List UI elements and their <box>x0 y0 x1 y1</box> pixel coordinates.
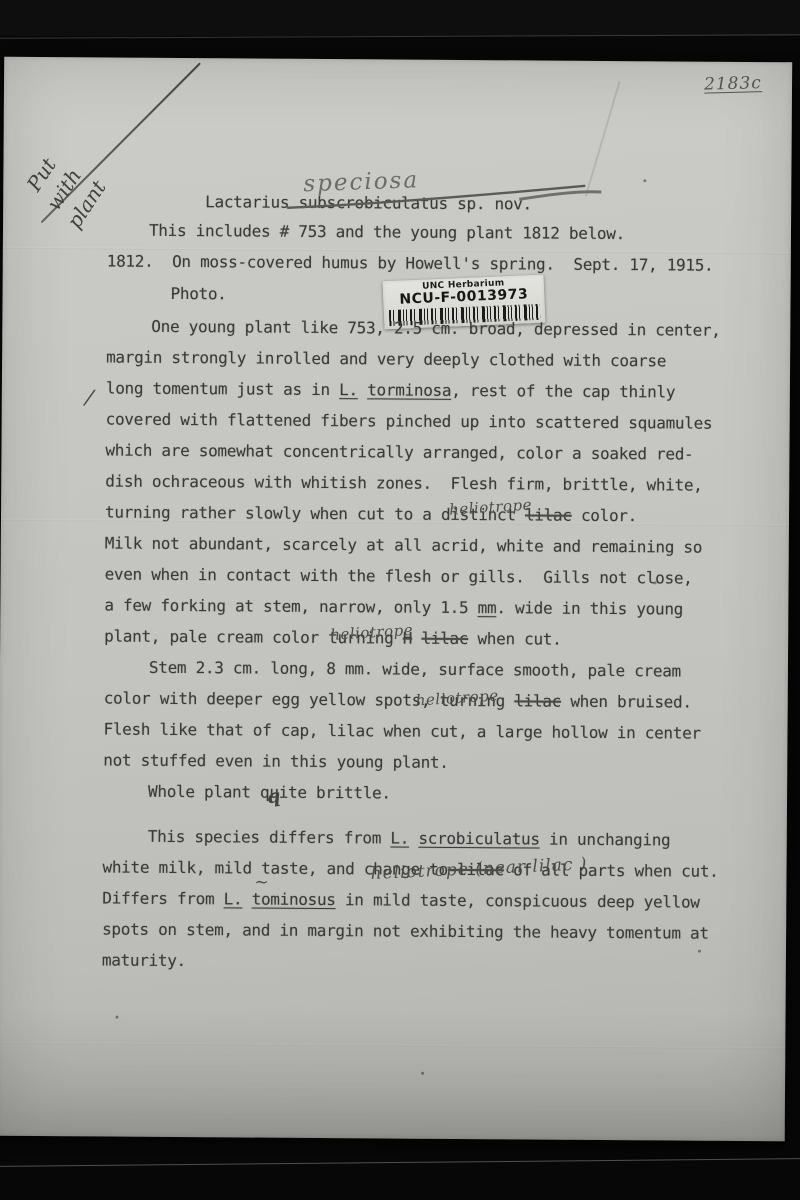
letter-correction: q <box>266 785 282 808</box>
typed-line: long tomentum just as in L. torminosa, r… <box>106 373 722 408</box>
typed-line: turning rather slowly when cut to a dist… <box>105 497 721 532</box>
margin-slash-mark: / <box>84 385 95 410</box>
typed-line: maturity. <box>102 944 718 979</box>
typed-line: spots on stem, and in margin not exhibit… <box>102 913 718 948</box>
background-upper-band <box>0 0 800 36</box>
table-seam-bottom <box>0 1158 800 1167</box>
typed-line: even when in contact with the flesh or g… <box>104 559 720 594</box>
typed-line: Differs from L. tominosus in mild taste,… <box>102 882 718 917</box>
typed-line: margin strongly inrolled and very deeply… <box>106 342 722 377</box>
tilde-insertion-mark: ~ <box>254 873 268 893</box>
typed-line: color with deeper egg yellow spots, turn… <box>104 683 720 718</box>
pencil-strikeout <box>283 171 613 219</box>
document-sheet: Putwithplant 2183c speciosa Lactarius su… <box>0 57 792 1141</box>
includes-line: This includes # 753 and the young plant … <box>149 221 625 243</box>
typed-line: not stuffed even in this young plant. <box>103 745 719 780</box>
dust-speck <box>421 1072 424 1075</box>
struck-word: lilac <box>514 691 561 710</box>
typed-line: Whole plant quite brittle. <box>103 775 719 810</box>
paper-shading <box>0 1006 786 1141</box>
typed-line: covered with flattened fibers pinched up… <box>106 404 722 439</box>
typed-line: which are somewhat concentrically arrang… <box>105 435 721 470</box>
catalog-number: 2183c <box>704 73 762 95</box>
typed-line: Milk not abundant, scarcely at all acrid… <box>105 528 721 563</box>
struck-word: lilac <box>421 629 468 648</box>
typed-line: Flesh like that of cap, lilac when cut, … <box>103 714 719 749</box>
typed-line: Stem 2.3 cm. long, 8 mm. wide, surface s… <box>104 652 720 687</box>
typed-line: a few forking at stem, narrow, only 1.5 … <box>104 590 720 625</box>
corner-note: Putwithplant <box>0 110 136 270</box>
typed-line: This species differs from L. scrobiculat… <box>103 820 719 855</box>
photo-line: Photo. <box>170 284 226 303</box>
dust-speck <box>115 1016 118 1019</box>
typed-line: One young plant like 753, 2.5 cm. broad,… <box>106 311 722 346</box>
dust-speck <box>643 179 646 182</box>
typed-line: dish ochraceous with whitish zones. Fles… <box>105 466 721 501</box>
collection-line: 1812. On moss-covered humus by Howell's … <box>107 252 714 275</box>
